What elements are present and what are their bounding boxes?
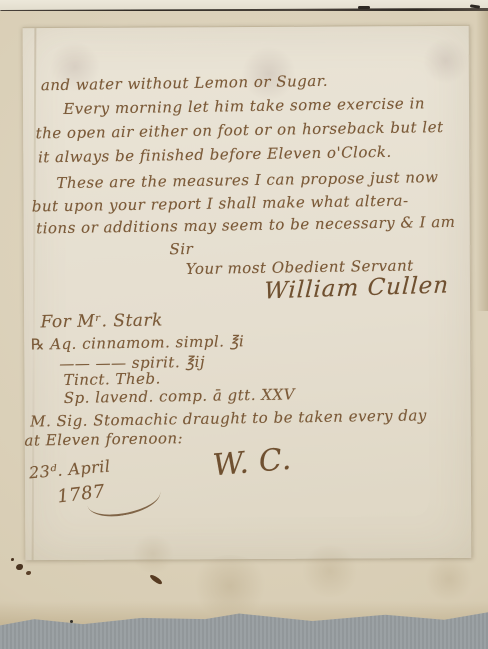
paper-right-edge-shade — [476, 11, 488, 311]
initials-wc: W. C. — [211, 442, 292, 484]
signa-instruction-line: at Eleven forenoon: — [24, 429, 183, 449]
letter-body-line: but upon your report I shall make what a… — [32, 192, 409, 216]
letter-body-line: and water without Lemon or Sugar. — [41, 72, 328, 95]
letter-sheet: and water without Lemon or Sugar. Every … — [23, 25, 473, 560]
page-edge-tick — [358, 6, 370, 9]
manuscript-scan: and water without Lemon or Sugar. Every … — [0, 0, 488, 649]
handwriting-layer: and water without Lemon or Sugar. Every … — [22, 22, 476, 561]
prescription-line: Sp. lavend. comp. ā gtt. XXV — [64, 385, 295, 407]
date-day-month: 23ᵈ. April — [28, 456, 111, 482]
letter-body-line: Every morning let him take some exercise… — [63, 94, 425, 118]
letter-body-line: These are the measures I can propose jus… — [56, 168, 438, 192]
prescription-line: Tinct. Theb. — [63, 369, 161, 389]
salutation: Sir — [169, 240, 193, 258]
prescription-heading: For Mʳ. Stark — [40, 310, 163, 332]
letter-body-line: the open air either on foot or on horseb… — [35, 118, 443, 142]
signa-instruction-line: M. Sig. Stomachic draught to be taken ev… — [30, 406, 427, 430]
prescription-line: ℞ Aq. cinnamom. simpl. ℥i — [31, 332, 245, 353]
signature-william-cullen: William Cullen — [263, 272, 449, 304]
letter-body-line: it always be finished before Eleven o'Cl… — [38, 143, 392, 167]
letter-body-line: tions or additions may seem to be necess… — [36, 213, 456, 238]
ink-spot — [70, 620, 73, 623]
